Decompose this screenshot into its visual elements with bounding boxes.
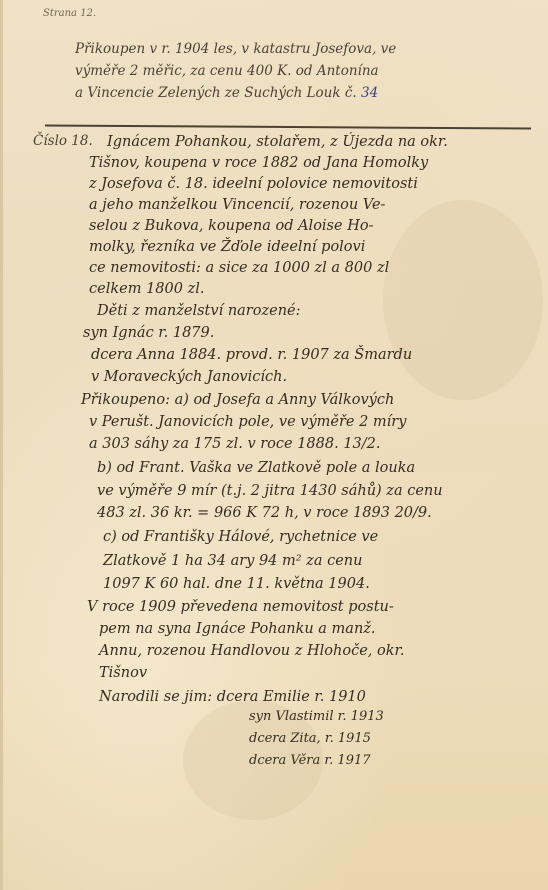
body-line: molky, řezníka ve Žďole ideelní polovi [89, 236, 365, 258]
body-line: V roce 1909 převedena nemovitost postu- [87, 596, 394, 618]
body-line: Narodili se jim: dcera Emilie r. 1910 [99, 686, 366, 708]
body-line: pem na syna Ignáce Pohanku a manž. [99, 618, 376, 640]
body-line: Zlatkově 1 ha 34 ary 94 m² za cenu [103, 550, 362, 572]
entry-label: Číslo 18. [33, 133, 93, 149]
body-line: Annu, rozenou Handlovou z Hlohoče, okr. [99, 640, 404, 662]
body-line: z Josefova č. 18. ideelní polovice nemov… [89, 173, 418, 195]
body-line: a 303 sáhy za 175 zl. v roce 1888. 13/2. [89, 433, 381, 455]
body-line: Tišnov, koupena v roce 1882 od Jana Homo… [89, 152, 428, 174]
body-line: syn Ignác r. 1879. [83, 322, 214, 344]
body-line: c) od Františky Hálové, rychetnice ve [103, 526, 378, 548]
body-line: dcera Zita, r. 1915 [249, 728, 371, 750]
body-line: dcera Anna 1884. provd. r. 1907 za Šmard… [91, 344, 412, 366]
body-line: Tišnov [99, 662, 147, 684]
body-line: Přikoupeno: a) od Josefa a Anny Válkovýc… [81, 389, 394, 411]
body-line: Děti z manželství narozené: [97, 300, 301, 322]
body-line: 483 zl. 36 kr. = 966 K 72 h, v roce 1893… [97, 502, 432, 524]
body-line: dcera Věra r. 1917 [249, 750, 371, 772]
body-line: a jeho manželkou Vincencií, rozenou Ve- [89, 194, 385, 216]
body-line: b) od Frant. Vaška ve Zlatkově pole a lo… [97, 457, 415, 479]
body-line: celkem 1800 zl. [89, 278, 204, 300]
top-note-line: a Vincencie Zelených ze Suchých Louk č. … [75, 82, 495, 104]
top-note: Přikoupen v r. 1904 les, v katastru Jose… [75, 38, 495, 104]
top-note-line: Přikoupen v r. 1904 les, v katastru Jose… [75, 38, 495, 60]
document-page: Strana 12. Přikoupen v r. 1904 les, v ka… [0, 0, 548, 890]
body-line: 1097 K 60 hal. dne 11. května 1904. [103, 573, 370, 595]
house-number: 34 [361, 85, 378, 101]
body-line: Ignácem Pohankou, stolařem, z Újezda na … [107, 131, 448, 153]
body-line: v Moravecký́ch Janovicích. [91, 366, 287, 388]
section-divider [45, 125, 531, 130]
body-line: ce nemovitosti: a sice za 1000 zl a 800 … [89, 257, 389, 279]
page-header-label: Strana 12. [43, 8, 96, 19]
body-line: syn Vlastimil r. 1913 [249, 706, 384, 728]
top-note-line: výměře 2 měřic, za cenu 400 K. od Antoní… [75, 60, 495, 82]
paper-stain [383, 200, 543, 400]
body-line: v Perušt. Janovicích pole, ve výměře 2 m… [89, 411, 406, 433]
body-line: selou z Bukova, koupena od Aloise Ho- [89, 215, 373, 237]
body-line: ve výměře 9 mír (t.j. 2 jitra 1430 sáhů)… [97, 480, 443, 502]
